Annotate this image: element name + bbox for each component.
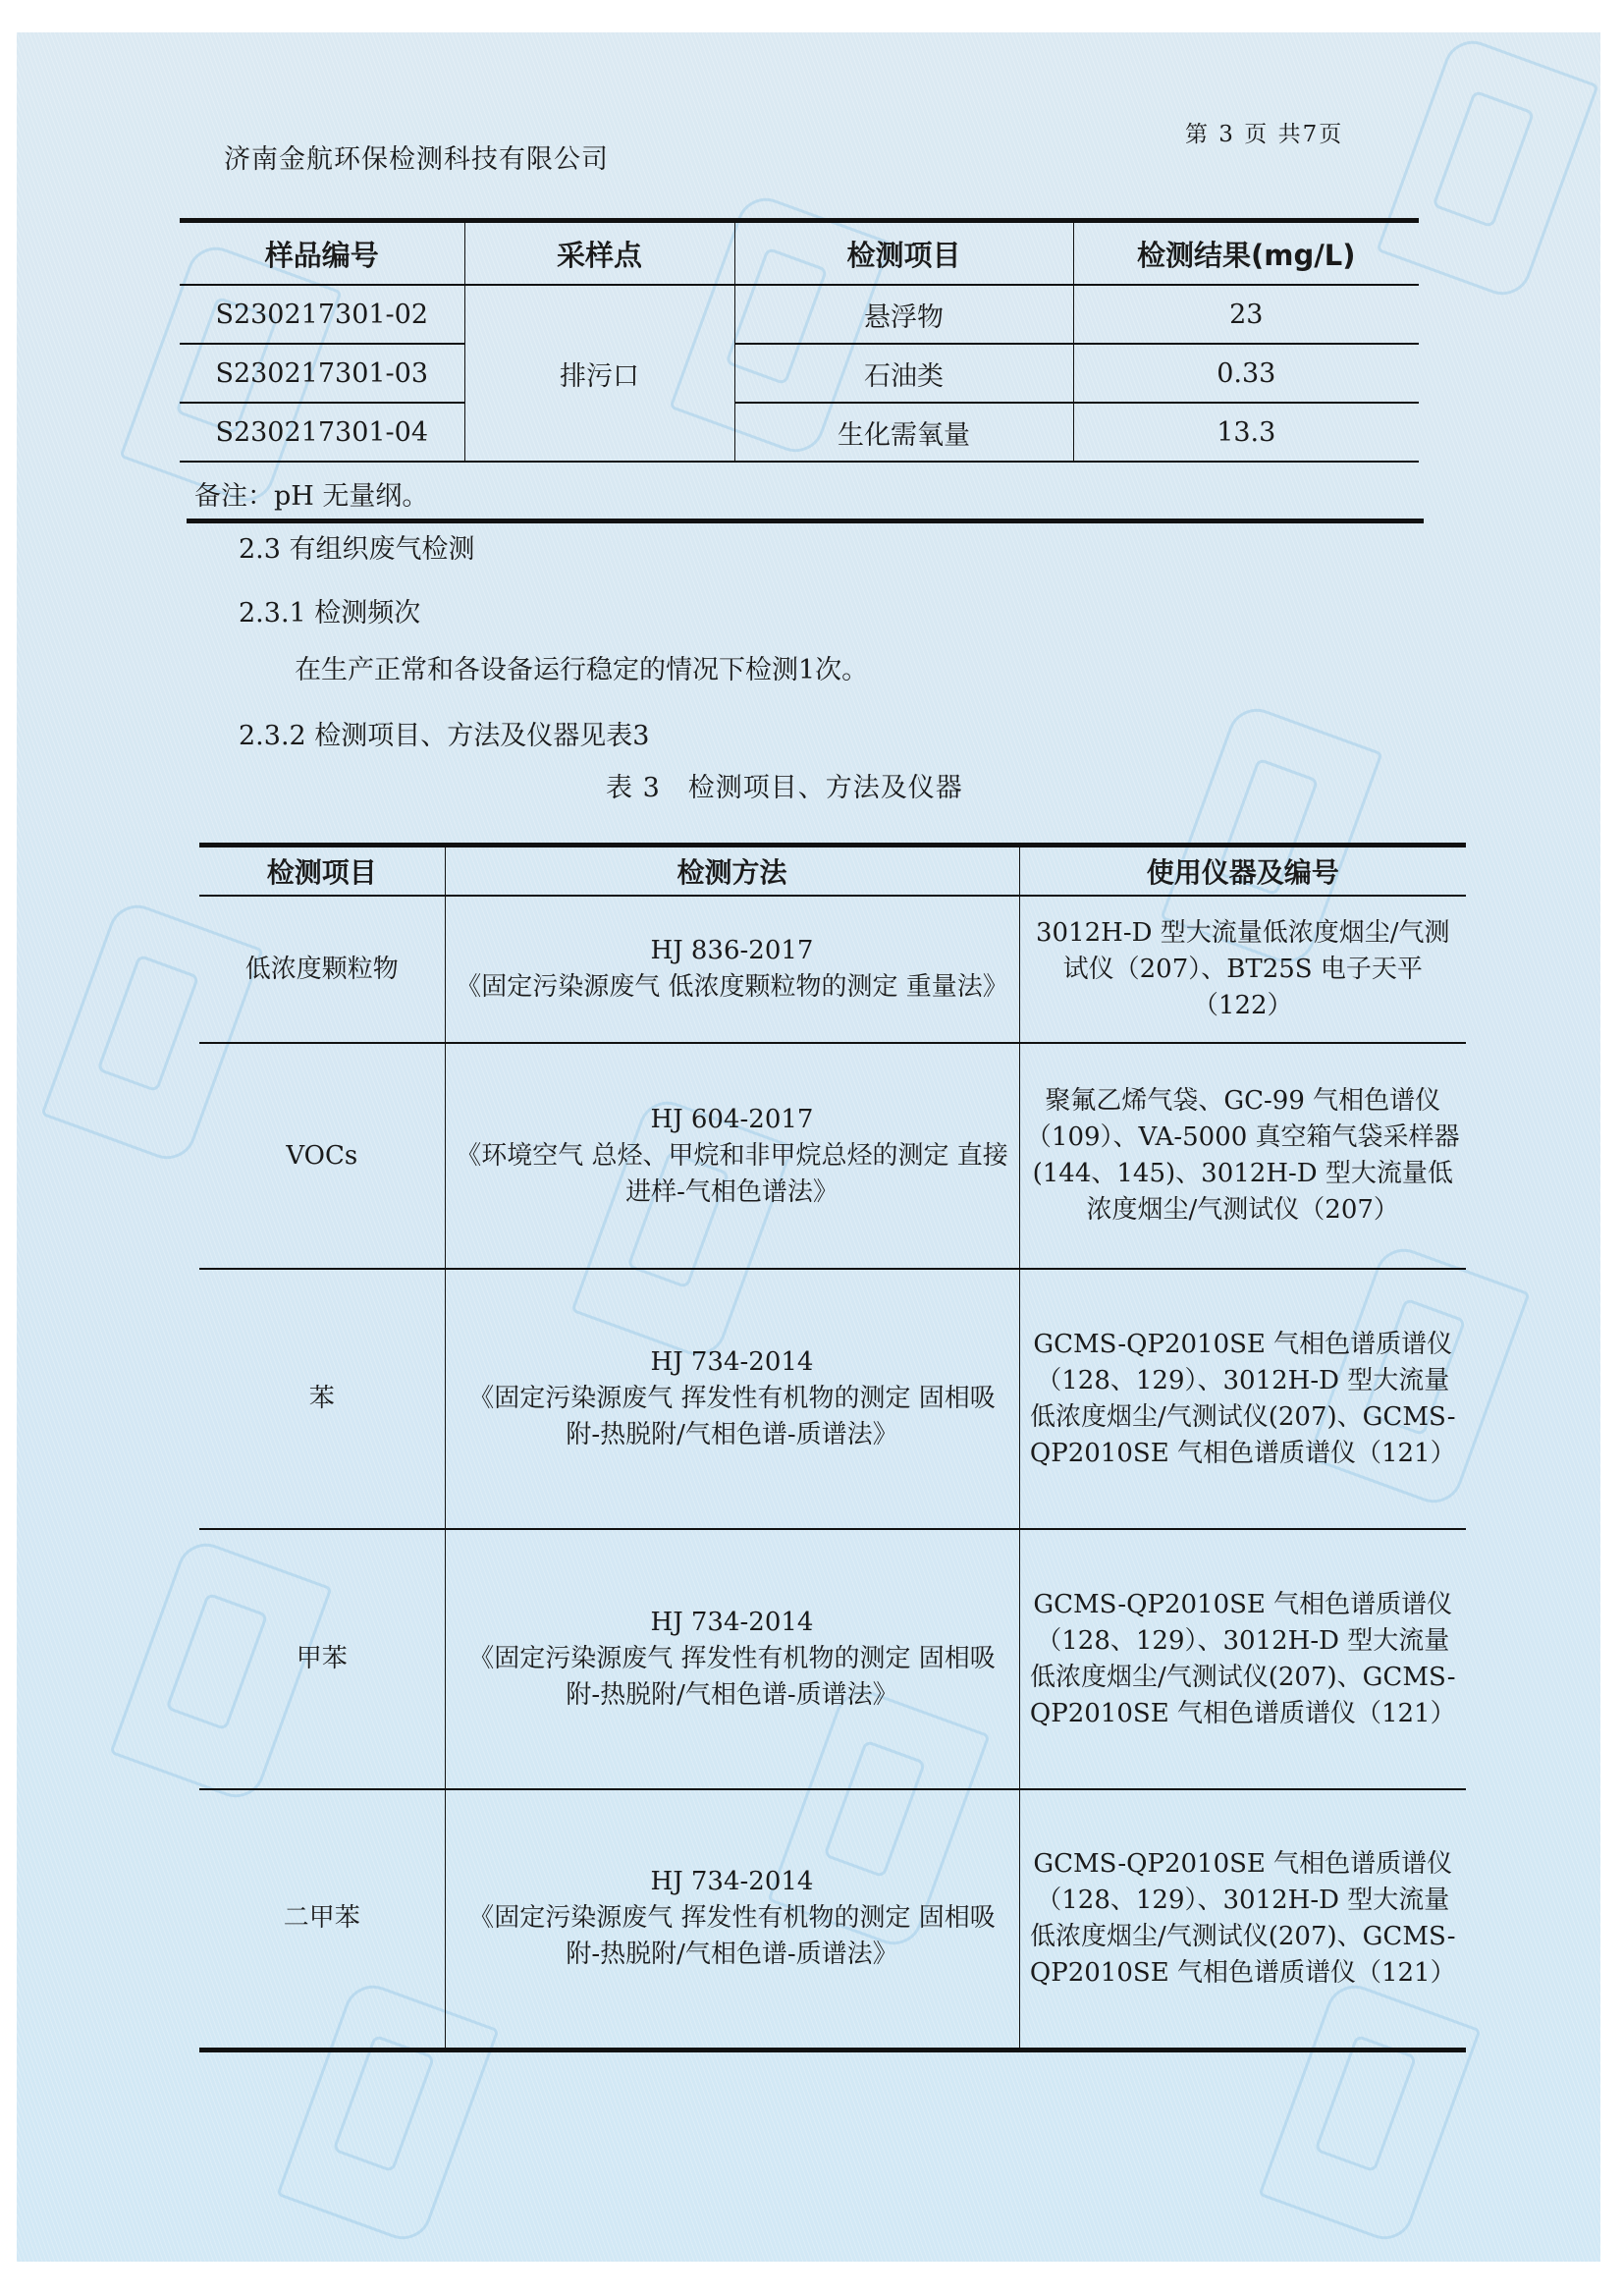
table3-caption: 表 3 检测项目、方法及仪器 <box>606 766 963 804</box>
wastewater-results-table: 样品编号 采样点 检测项目 检测结果(mg/L) S230217301-02 排… <box>180 218 1419 463</box>
methods-instruments-table: 检测项目 检测方法 使用仪器及编号 低浓度颗粒物 HJ 836-2017 《固定… <box>199 843 1466 2052</box>
table-row: S230217301-04 生化需氧量 13.3 <box>180 403 1419 462</box>
table-row: 二甲苯 HJ 734-2014 《固定污染源废气 挥发性有机物的测定 固相吸附-… <box>199 1789 1466 2050</box>
method-cell: HJ 604-2017 《环境空气 总烃、甲烷和非甲烷总烃的测定 直接进样-气相… <box>445 1043 1019 1269</box>
sample-id-cell: S230217301-02 <box>180 285 464 344</box>
column-header: 样品编号 <box>180 221 464 286</box>
test-item-cell: 悬浮物 <box>734 285 1073 344</box>
method-code: HJ 734-2014 <box>456 1864 1009 1900</box>
table-row: 低浓度颗粒物 HJ 836-2017 《固定污染源废气 低浓度颗粒物的测定 重量… <box>199 896 1466 1043</box>
table-note: 备注：pH 无量纲。 <box>194 474 428 513</box>
test-item-cell: 石油类 <box>734 344 1073 403</box>
table-row: 苯 HJ 734-2014 《固定污染源废气 挥发性有机物的测定 固相吸附-热脱… <box>199 1269 1466 1529</box>
result-cell: 13.3 <box>1073 403 1419 462</box>
instruments-cell: GCMS-QP2010SE 气相色谱质谱仪（128、129）、3012H-D 型… <box>1019 1269 1466 1529</box>
instruments-cell: 聚氟乙烯气袋、GC-99 气相色谱仪（109）、VA-5000 真空箱气袋采样器… <box>1019 1043 1466 1269</box>
table-header-row: 样品编号 采样点 检测项目 检测结果(mg/L) <box>180 221 1419 286</box>
table-row: 甲苯 HJ 734-2014 《固定污染源废气 挥发性有机物的测定 固相吸附-热… <box>199 1529 1466 1789</box>
table-row: VOCs HJ 604-2017 《环境空气 总烃、甲烷和非甲烷总烃的测定 直接… <box>199 1043 1466 1269</box>
section-body-2-3-1: 在生产正常和各设备运行稳定的情况下检测1次。 <box>295 648 868 686</box>
column-header: 检测方法 <box>445 846 1019 897</box>
section-heading-2-3-1: 2.3.1 检测频次 <box>239 591 420 629</box>
section-heading-2-3-2: 2.3.2 检测项目、方法及仪器见表3 <box>239 714 649 752</box>
method-name: 《固定污染源废气 挥发性有机物的测定 固相吸附-热脱附/气相色谱-质谱法》 <box>456 1900 1009 1973</box>
method-code: HJ 604-2017 <box>456 1102 1009 1138</box>
instruments-cell: GCMS-QP2010SE 气相色谱质谱仪（128、129）、3012H-D 型… <box>1019 1789 1466 2050</box>
table-bottom-rule <box>187 519 1424 523</box>
page-indicator: 第 3 页 共7页 <box>1185 116 1343 148</box>
sample-id-cell: S230217301-03 <box>180 344 464 403</box>
sampling-point-cell: 排污口 <box>464 285 734 462</box>
test-item-cell: 生化需氧量 <box>734 403 1073 462</box>
result-cell: 23 <box>1073 285 1419 344</box>
test-item-cell: VOCs <box>199 1043 445 1269</box>
method-cell: HJ 836-2017 《固定污染源废气 低浓度颗粒物的测定 重量法》 <box>445 896 1019 1043</box>
column-header: 检测项目 <box>734 221 1073 286</box>
instruments-cell: GCMS-QP2010SE 气相色谱质谱仪（128、129）、3012H-D 型… <box>1019 1529 1466 1789</box>
instruments-cell: 3012H-D 型大流量低浓度烟尘/气测试仪（207）、BT25S 电子天平（1… <box>1019 896 1466 1043</box>
company-name: 济南金航环保检测科技有限公司 <box>224 137 609 176</box>
table-row: S230217301-03 石油类 0.33 <box>180 344 1419 403</box>
method-cell: HJ 734-2014 《固定污染源废气 挥发性有机物的测定 固相吸附-热脱附/… <box>445 1789 1019 2050</box>
test-item-cell: 低浓度颗粒物 <box>199 896 445 1043</box>
method-name: 《固定污染源废气 挥发性有机物的测定 固相吸附-热脱附/气相色谱-质谱法》 <box>456 1381 1009 1453</box>
sample-id-cell: S230217301-04 <box>180 403 464 462</box>
method-name: 《固定污染源废气 挥发性有机物的测定 固相吸附-热脱附/气相色谱-质谱法》 <box>456 1641 1009 1714</box>
test-item-cell: 苯 <box>199 1269 445 1529</box>
column-header: 检测结果(mg/L) <box>1073 221 1419 286</box>
method-code: HJ 836-2017 <box>456 933 1009 969</box>
method-cell: HJ 734-2014 《固定污染源废气 挥发性有机物的测定 固相吸附-热脱附/… <box>445 1529 1019 1789</box>
result-cell: 0.33 <box>1073 344 1419 403</box>
test-item-cell: 二甲苯 <box>199 1789 445 2050</box>
column-header: 检测项目 <box>199 846 445 897</box>
test-item-cell: 甲苯 <box>199 1529 445 1789</box>
method-code: HJ 734-2014 <box>456 1605 1009 1641</box>
table-row: S230217301-02 排污口 悬浮物 23 <box>180 285 1419 344</box>
method-code: HJ 734-2014 <box>456 1344 1009 1381</box>
method-name: 《固定污染源废气 低浓度颗粒物的测定 重量法》 <box>456 969 1009 1006</box>
column-header: 采样点 <box>464 221 734 286</box>
table-header-row: 检测项目 检测方法 使用仪器及编号 <box>199 846 1466 897</box>
column-header: 使用仪器及编号 <box>1019 846 1466 897</box>
method-cell: HJ 734-2014 《固定污染源废气 挥发性有机物的测定 固相吸附-热脱附/… <box>445 1269 1019 1529</box>
section-heading-2-3: 2.3 有组织废气检测 <box>239 527 475 566</box>
method-name: 《环境空气 总烃、甲烷和非甲烷总烃的测定 直接进样-气相色谱法》 <box>456 1138 1009 1211</box>
